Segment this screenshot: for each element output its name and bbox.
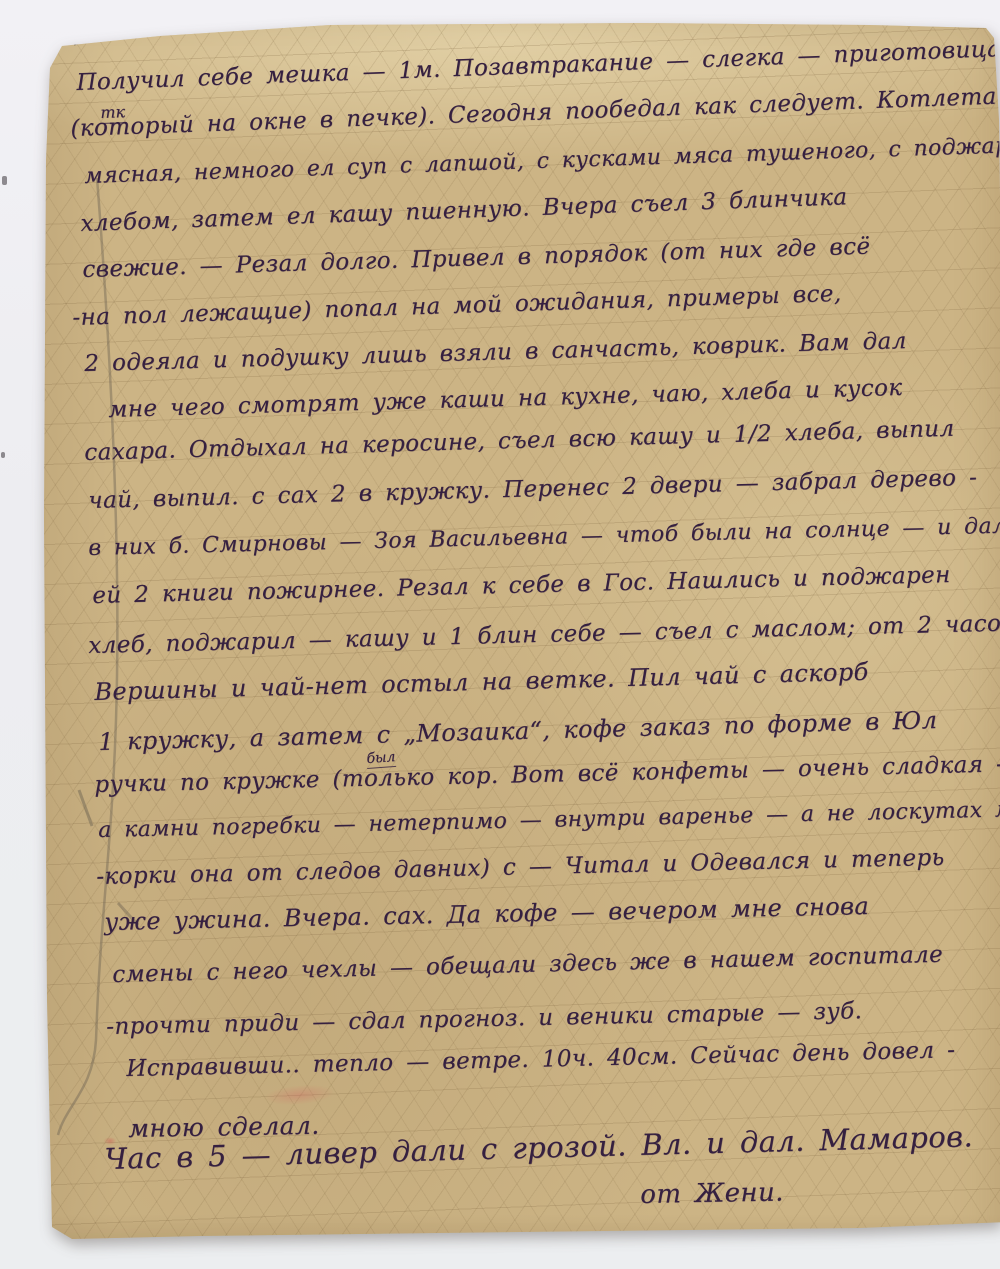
- manuscript-line: 2 одеяла и подушку лишь взяли в санчасть…: [84, 328, 907, 377]
- manuscript-line: в них б. Смирновы — Зоя Васильевна — что…: [88, 514, 1000, 561]
- insertion-note: был: [366, 749, 396, 769]
- manuscript-line: Вершины и чай-нет остыл на ветке. Пил ча…: [94, 658, 869, 706]
- manuscript-line: -на пол лежащие) попал на мой ожидания, …: [72, 281, 842, 331]
- manuscript-line: сахара. Отдыхал на керосине, съел всю ка…: [84, 416, 955, 466]
- scanned-manuscript: 905 Получил себе мешка — 1м. Позавтракан…: [0, 0, 1000, 1269]
- manuscript-line: чай, выпил. с сах 2 в кружку. Перенес 2 …: [88, 465, 978, 514]
- manuscript-line: -корки она от следов давних) с — Читал и…: [96, 845, 945, 890]
- manuscript-line: -прочти приди — сдал прогноз. и веники с…: [106, 998, 863, 1040]
- manuscript-line: смены с него чехлы — обещали здесь же в …: [112, 942, 943, 988]
- manuscript-page: 905 Получил себе мешка — 1м. Позавтракан…: [0, 0, 1000, 1269]
- manuscript-line: (который на окне в печке). Сегодня пообе…: [70, 84, 997, 142]
- manuscript-line: свежие. — Резал долго. Привел в порядок …: [82, 234, 871, 283]
- manuscript-line: мясная, немного ел суп с лапшой, с куска…: [84, 132, 1000, 189]
- insertion-note: тк: [100, 102, 125, 124]
- pencil-page-number: 905: [58, 0, 128, 52]
- paper-sheet: 905 Получил себе мешка — 1м. Позавтракан…: [0, 0, 1000, 1269]
- red-smudge: [251, 1078, 348, 1112]
- manuscript-line: ручки по кружке (только кор. Вот всё кон…: [94, 751, 1000, 798]
- manuscript-line: от Жени.: [640, 1177, 784, 1210]
- manuscript-line: мне чего смотрят уже каши на кухне, чаю,…: [108, 375, 903, 423]
- manuscript-line: ей 2 книги пожирнее. Резал к себе в Гос.…: [92, 562, 951, 609]
- manuscript-line: уже ужина. Вчера. сах. Да кофе — вечером…: [104, 892, 869, 936]
- manuscript-line: хлебом, затем ел кашу пшенную. Вчера съе…: [80, 184, 848, 237]
- manuscript-line: Получил себе мешка — 1м. Позавтракание —…: [76, 36, 1000, 96]
- manuscript-line: 1 кружку, а затем с „Мозаика“, кофе зака…: [98, 706, 938, 756]
- manuscript-line: а камни погребки — нетерпимо — внутри ва…: [98, 796, 1000, 843]
- manuscript-line: Исправивши.. тепло — ветре. 10ч. 40см. С…: [126, 1037, 956, 1082]
- manuscript-line: хлеб, поджарил — кашу и 1 блин себе — съ…: [88, 610, 1000, 659]
